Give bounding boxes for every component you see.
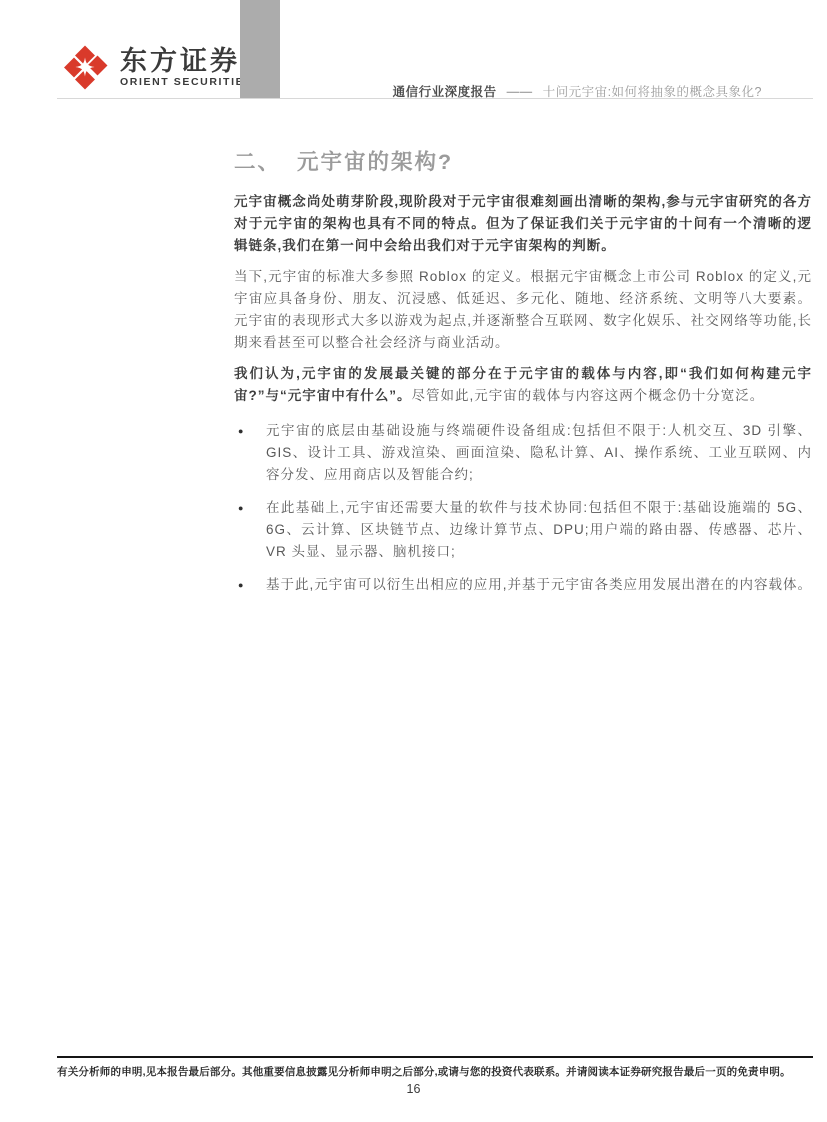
running-head: 通信行业深度报告 —— 十问元宇宙:如何将抽象的概念具象化? xyxy=(393,82,762,100)
bullet-icon: ● xyxy=(238,420,244,442)
section-number: 二、 xyxy=(234,150,281,174)
brand-name-cn: 东方证券 xyxy=(120,46,253,76)
report-title: 十问元宇宙:如何将抽象的概念具象化? xyxy=(543,85,762,99)
footer-disclaimer: 有关分析师的申明,见本报告最后部分。其他重要信息披露见分析师申明之后部分,或请与… xyxy=(57,1064,802,1079)
page-number: 16 xyxy=(0,1082,827,1096)
report-type: 通信行业深度报告 xyxy=(393,85,497,99)
brand-name-en: ORIENT SECURITIES xyxy=(120,76,253,88)
bullet-list: ● 元宇宙的底层由基础设施与终端硬件设备组成:包括但不限于:人机交互、3D 引擎… xyxy=(234,420,812,596)
main-content: 二、元宇宙的架构? 元宇宙概念尚处萌芽阶段,现阶段对于元宇宙很难刻画出清晰的架构… xyxy=(234,145,812,607)
list-item-software-tech: ● 在此基础上,元宇宙还需要大量的软件与技术协同:包括但不限于:基础设施端的 5… xyxy=(234,497,812,563)
bullet-icon: ● xyxy=(238,574,244,596)
section-heading: 二、元宇宙的架构? xyxy=(234,145,812,176)
bullet-text: 在此基础上,元宇宙还需要大量的软件与技术协同:包括但不限于:基础设施端的 5G、… xyxy=(266,500,812,559)
paragraph-key-view-rest: 尽管如此,元宇宙的载体与内容这两个概念仍十分宽泛。 xyxy=(412,388,765,403)
brand-text: 东方证券 ORIENT SECURITIES xyxy=(120,46,253,88)
paragraph-roblox-definition: 当下,元宇宙的标准大多参照 Roblox 的定义。根据元宇宙概念上市公司 Rob… xyxy=(234,266,812,354)
report-page: 东方证券 ORIENT SECURITIES 通信行业深度报告 —— 十问元宇宙… xyxy=(0,0,827,1122)
bullet-text: 元宇宙的底层由基础设施与终端硬件设备组成:包括但不限于:人机交互、3D 引擎、G… xyxy=(266,423,812,482)
paragraph-key-view: 我们认为,元宇宙的发展最关键的部分在于元宇宙的载体与内容,即“我们如何构建元宇宙… xyxy=(234,363,812,407)
dash-separator: —— xyxy=(507,85,533,99)
list-item-infrastructure: ● 元宇宙的底层由基础设施与终端硬件设备组成:包括但不限于:人机交互、3D 引擎… xyxy=(234,420,812,486)
bullet-icon: ● xyxy=(238,497,244,519)
footer-divider xyxy=(57,1056,813,1058)
paragraph-intro-bold: 元宇宙概念尚处萌芽阶段,现阶段对于元宇宙很难刻画出清晰的架构,参与元宇宙研究的各… xyxy=(234,191,812,257)
orient-securities-diamond-icon xyxy=(60,42,110,92)
bullet-text: 基于此,元宇宙可以衍生出相应的应用,并基于元宇宙各类应用发展出潜在的内容载体。 xyxy=(266,577,812,592)
brand-logo: 东方证券 ORIENT SECURITIES xyxy=(60,42,253,92)
list-item-applications: ● 基于此,元宇宙可以衍生出相应的应用,并基于元宇宙各类应用发展出潜在的内容载体… xyxy=(234,574,812,596)
header-gray-bar xyxy=(240,0,280,98)
section-title: 元宇宙的架构? xyxy=(297,150,453,174)
